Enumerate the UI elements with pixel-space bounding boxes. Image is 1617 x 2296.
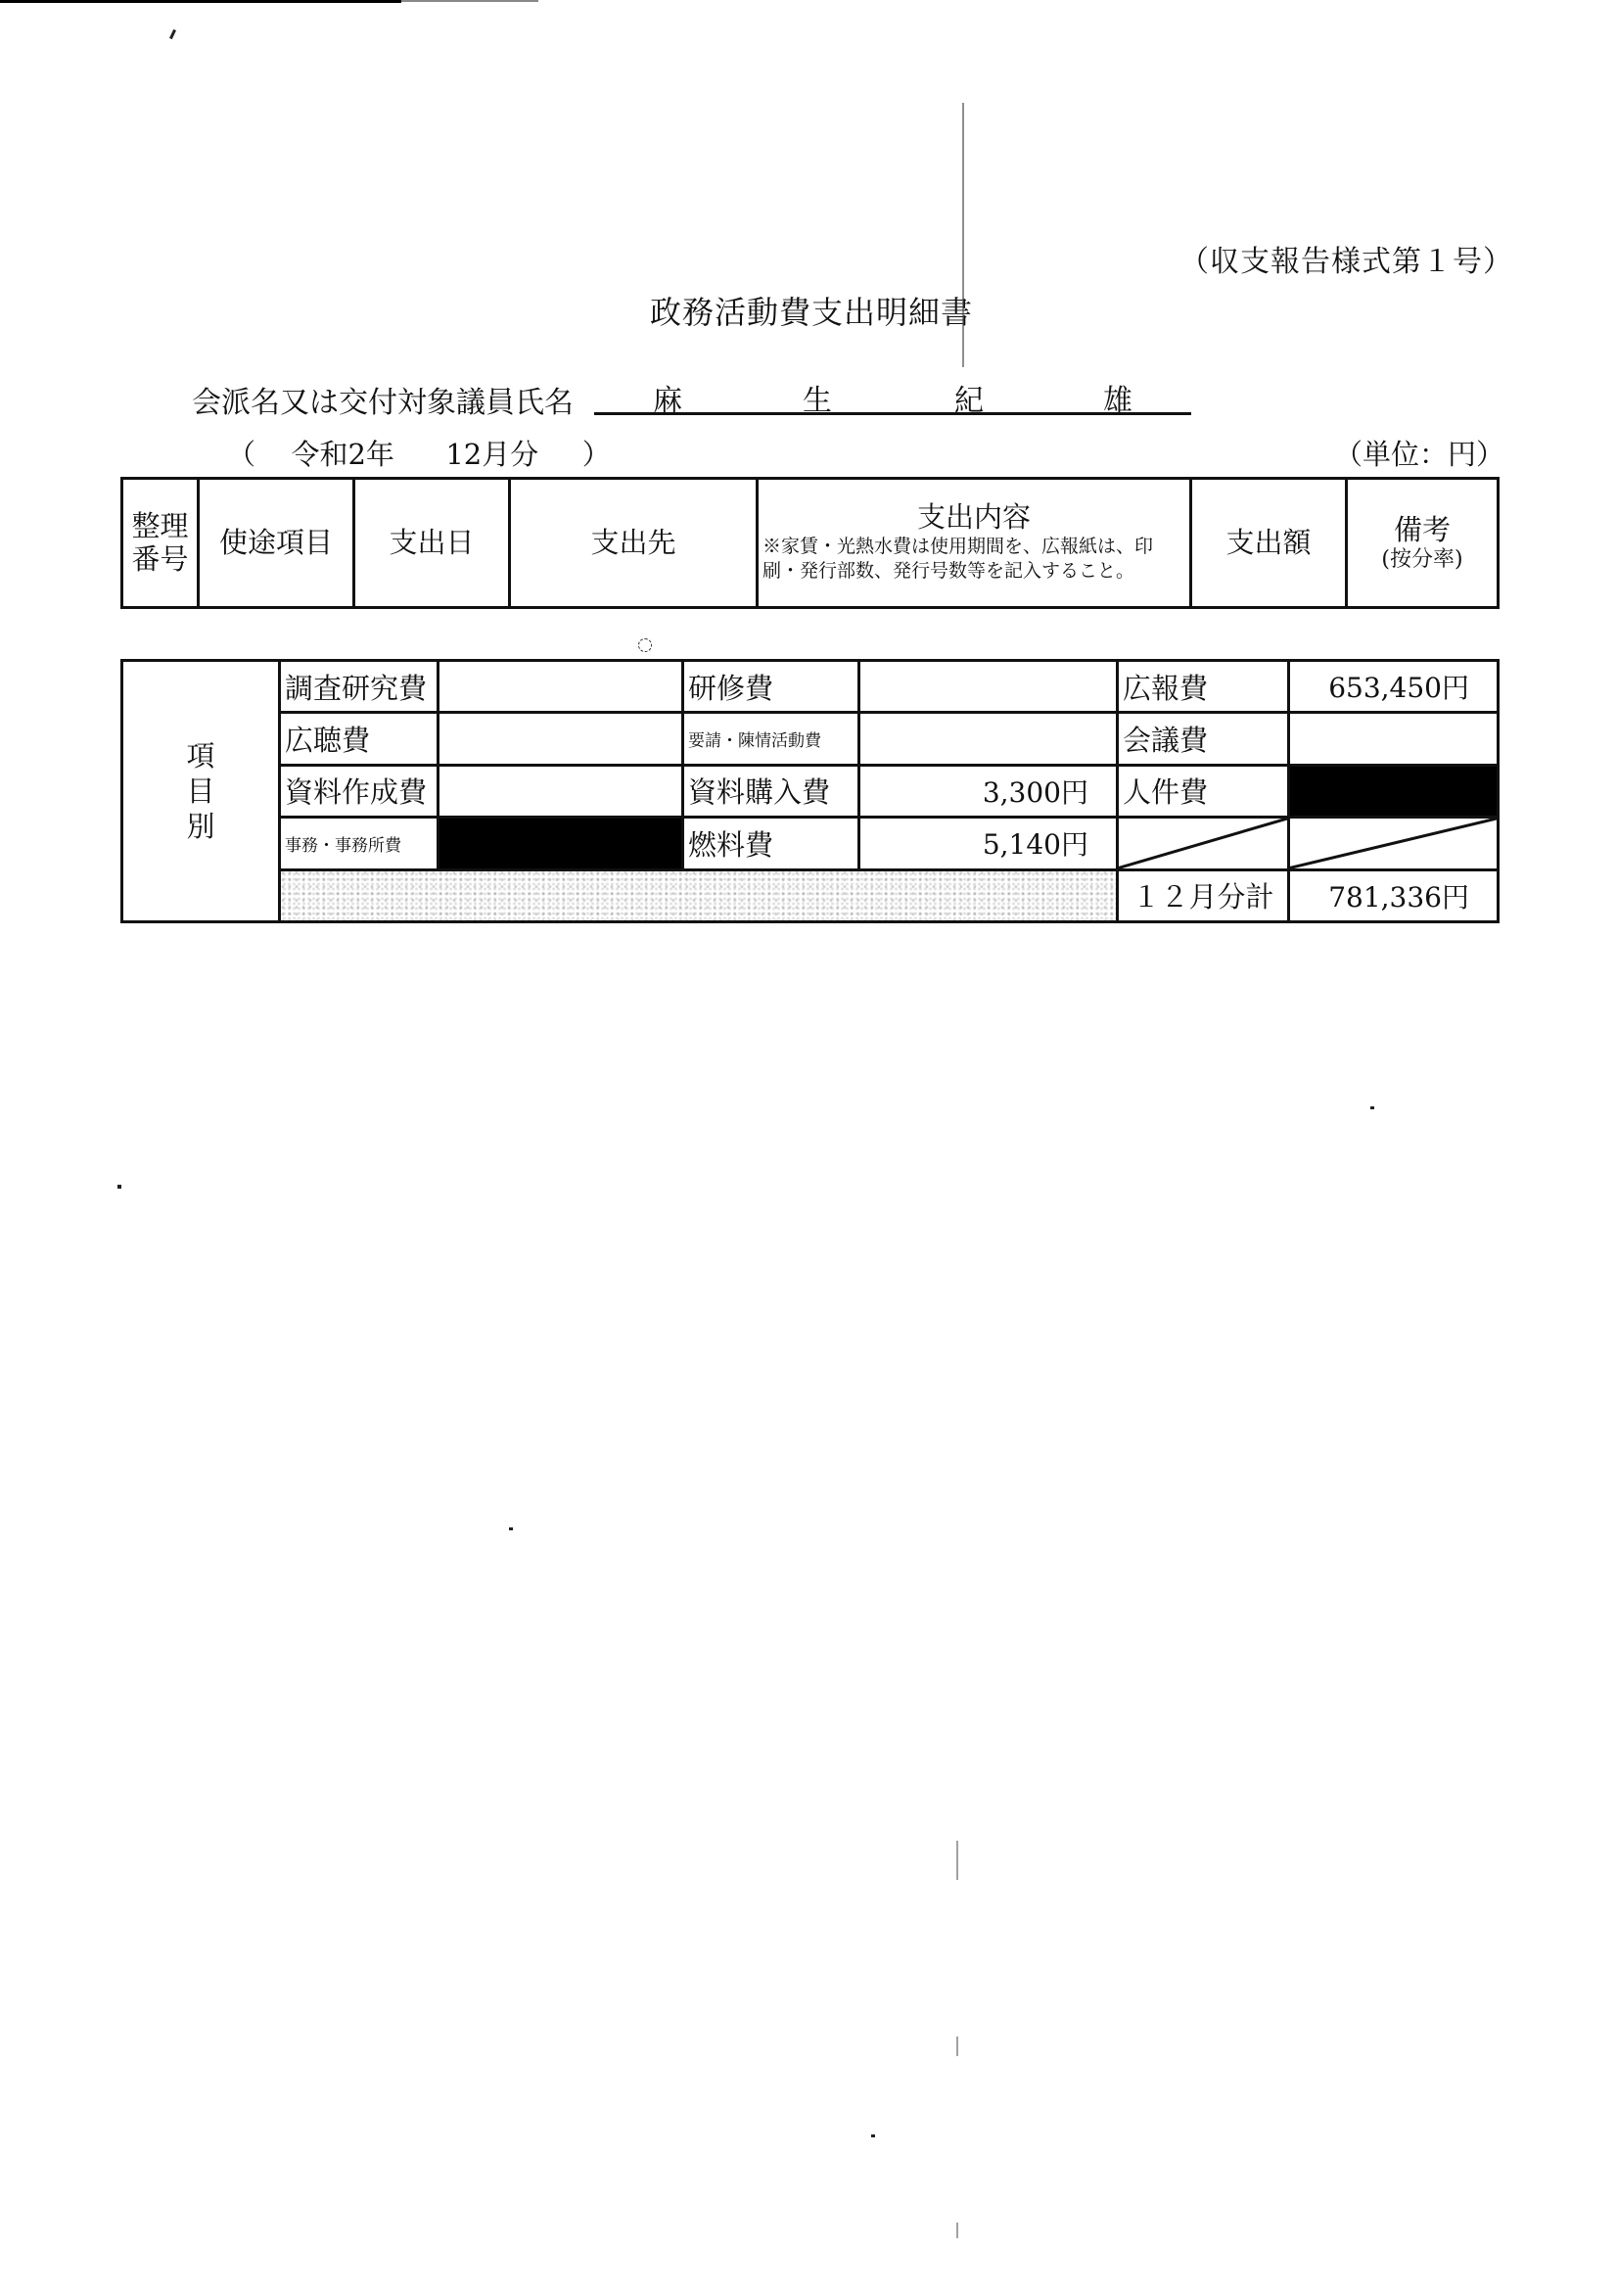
category-char: 目 [127, 773, 274, 809]
scan-dust [117, 1185, 121, 1189]
item-label-meeting: 会議費 [1118, 713, 1289, 765]
item-value-publicity: 653,450円 [1289, 661, 1499, 713]
item-label-publicity: 広報費 [1118, 661, 1289, 713]
header-remarks-sub: (按分率) [1348, 547, 1497, 572]
name-label: 会派名又は交付対象議員氏名 [192, 378, 574, 421]
header-number-line2: 番号 [123, 543, 197, 576]
header-cell-number: 整理 番号 [122, 479, 199, 608]
period-year: 令和2年 [291, 433, 393, 473]
period-month: 12月分 [445, 433, 538, 473]
report-period: （ 令和2年 12月分 ） [227, 433, 611, 473]
category-char: 別 [127, 809, 274, 844]
item-label-training: 研修費 [683, 661, 859, 713]
period-close: ） [582, 433, 611, 473]
diagonal-strike-icon [1119, 819, 1287, 867]
summary-total-row: １２月分計 781,336円 [122, 869, 1499, 921]
scan-edge-mark [401, 0, 538, 2]
scan-artifact-line [962, 103, 964, 367]
item-value-meeting [1289, 713, 1499, 765]
expense-detail-header-table: 整理 番号 使途項目 支出日 支出先 支出内容 ※家賃・光熱水費は使用期間を、広… [120, 477, 1500, 609]
summary-row: 広聴費 要請・陳情活動費 会議費 [122, 713, 1499, 765]
scan-dust [638, 638, 652, 652]
unit-label: （単位：円） [1334, 433, 1504, 473]
header-cell-payee: 支出先 [510, 479, 758, 608]
category-char: 項 [127, 738, 274, 773]
summary-row: 事務・事務所費 燃料費 5,140円 [122, 818, 1499, 869]
summary-row: 項 目 別 調査研究費 研修費 広報費 653,450円 [122, 661, 1499, 713]
header-cell-date: 支出日 [354, 479, 510, 608]
header-number-line1: 整理 [123, 510, 197, 542]
item-label-office: 事務・事務所費 [280, 818, 439, 869]
item-value-hearing [439, 713, 683, 765]
scan-edge-mark [0, 0, 401, 3]
masked-area [280, 869, 1118, 921]
item-value-materials-creation [439, 765, 683, 817]
scan-artifact-line [956, 2037, 958, 2056]
item-label-materials-purchase: 資料購入費 [683, 765, 859, 817]
form-number: （収支報告様式第１号） [1179, 237, 1513, 280]
period-open: （ [227, 433, 255, 473]
struck-label-cell [1118, 818, 1289, 869]
diagonal-strike-icon [1290, 819, 1497, 867]
header-cell-remarks: 備考 (按分率) [1347, 479, 1499, 608]
item-value-petition [859, 713, 1118, 765]
header-cell-content: 支出内容 ※家賃・光熱水費は使用期間を、広報紙は、印刷・発行部数、発行号数等を記… [758, 479, 1191, 608]
item-label-personnel: 人件費 [1118, 765, 1289, 817]
scan-artifact-line [956, 1841, 958, 1880]
header-content-note: ※家賃・光熱水費は使用期間を、広報紙は、印刷・発行部数、発行号数等を記入すること… [759, 535, 1189, 585]
total-label: １２月分計 [1118, 869, 1289, 921]
scan-dust [169, 29, 176, 39]
name-underline [594, 412, 1191, 415]
document-title: 政務活動費支出明細書 [650, 288, 973, 333]
scan-dust [509, 1527, 513, 1530]
scan-dust [1370, 1106, 1374, 1109]
item-value-fuel: 5,140円 [859, 818, 1118, 869]
item-value-office-redacted [439, 818, 683, 869]
item-value-training [859, 661, 1118, 713]
item-label-fuel: 燃料費 [683, 818, 859, 869]
category-summary-table: 項 目 別 調査研究費 研修費 広報費 653,450円 広聴費 要請・陳情活動… [120, 659, 1500, 923]
total-value: 781,336円 [1289, 869, 1499, 921]
item-label-hearing: 広聴費 [280, 713, 439, 765]
summary-row: 資料作成費 資料購入費 3,300円 人件費 [122, 765, 1499, 817]
item-value-materials-purchase: 3,300円 [859, 765, 1118, 817]
item-value-research [439, 661, 683, 713]
header-cell-purpose: 使途項目 [199, 479, 354, 608]
item-label-materials-creation: 資料作成費 [280, 765, 439, 817]
category-label-cell: 項 目 別 [122, 661, 280, 922]
header-remarks-title: 備考 [1348, 514, 1497, 546]
header-content-title: 支出内容 [759, 501, 1189, 534]
item-label-petition: 要請・陳情活動費 [683, 713, 859, 765]
scan-artifact-line [956, 2223, 958, 2238]
scan-dust [871, 2134, 875, 2137]
struck-value-cell [1289, 818, 1499, 869]
item-label-research: 調査研究費 [280, 661, 439, 713]
header-cell-amount: 支出額 [1191, 479, 1347, 608]
item-value-personnel-redacted [1289, 765, 1499, 817]
